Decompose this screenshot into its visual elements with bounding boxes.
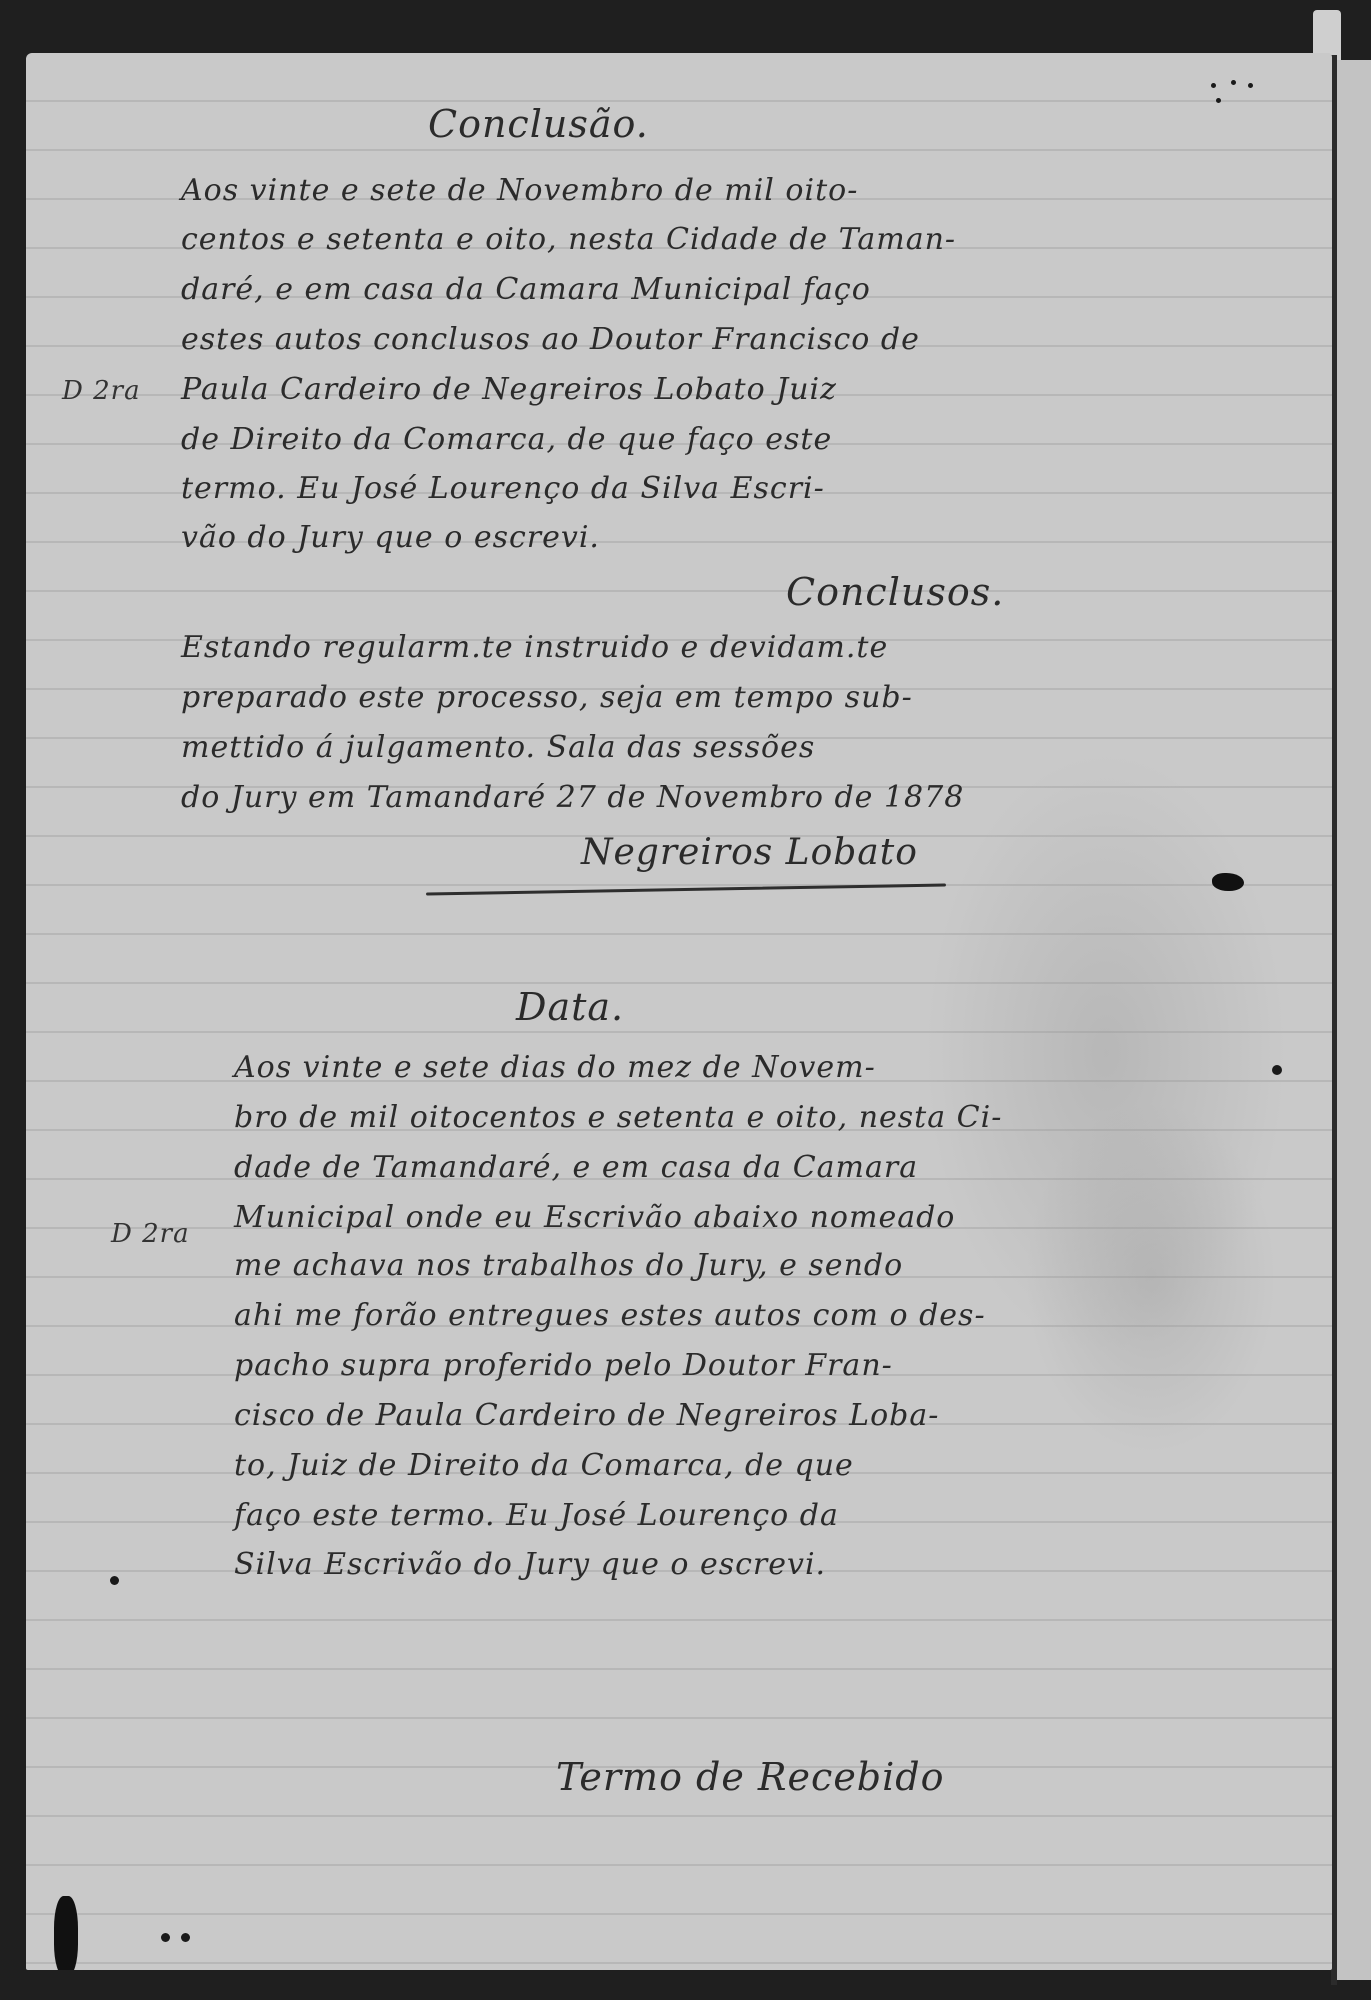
ink-speck [1216, 98, 1221, 103]
document-scan: Conclusão. D 2ra Aos vinte e sete de Nov… [0, 0, 1371, 2000]
ink-speck [110, 1576, 119, 1585]
text-line: estes autos conclusos ao Doutor Francisc… [181, 325, 920, 355]
text-line: Silva Escrivão do Jury que o escrevi. [234, 1550, 826, 1580]
water-stain [1026, 1103, 1276, 1453]
margin-note: D 2ra [111, 1221, 190, 1247]
ink-speck [181, 1933, 190, 1942]
document-page: Conclusão. D 2ra Aos vinte e sete de Nov… [26, 53, 1332, 1970]
text-line: do Jury em Tamandaré 27 de Novembro de 1… [181, 783, 964, 813]
text-line: bro de mil oitocentos e setenta e oito, … [234, 1103, 1002, 1133]
text-line: Aos vinte e sete dias do mez de Novem- [234, 1053, 876, 1083]
text-line: vão do Jury que o escrevi. [181, 523, 600, 553]
signature: Negreiros Lobato [581, 835, 918, 871]
section-heading-termo: Termo de Recebido [556, 1758, 944, 1796]
text-line: faço este termo. Eu José Lourenço da [234, 1501, 839, 1531]
text-line: Estando regularm.te instruido e devidam.… [181, 633, 888, 663]
ink-drip [54, 1896, 78, 1970]
text-line: mettido á julgamento. Sala das sessões [181, 733, 815, 763]
ink-speck [161, 1933, 170, 1942]
margin-note: D 2ra [62, 378, 141, 404]
section-heading-data: Data. [516, 988, 624, 1026]
text-line: de Direito da Comarca, de que faço este [181, 425, 832, 455]
text-line: cisco de Paula Cardeiro de Negreiros Lob… [234, 1401, 939, 1431]
signature-flourish [426, 883, 946, 895]
section-heading-conclusao: Conclusão. [428, 105, 649, 143]
section-heading-conclusos: Conclusos. [786, 573, 1004, 611]
text-line: Aos vinte e sete de Novembro de mil oito… [181, 176, 858, 206]
ink-speck [1272, 1065, 1282, 1075]
ink-speck [1231, 80, 1236, 85]
text-line: daré, e em casa da Camara Municipal faço [181, 275, 871, 305]
text-line: Municipal onde eu Escrivão abaixo nomead… [234, 1203, 955, 1233]
text-line: Paula Cardeiro de Negreiros Lobato Juiz [181, 375, 837, 405]
ink-speck [1248, 83, 1253, 88]
ink-speck [1211, 83, 1216, 88]
text-line: centos e setenta e oito, nesta Cidade de… [181, 225, 956, 255]
text-line: ahi me forão entregues estes autos com o… [234, 1301, 986, 1331]
next-page-edge [1337, 60, 1371, 1980]
text-line: dade de Tamandaré, e em casa da Camara [234, 1153, 918, 1183]
text-line: preparado este processo, seja em tempo s… [181, 683, 913, 713]
text-line: me achava nos trabalhos do Jury, e sendo [234, 1251, 903, 1281]
ink-blot [1212, 873, 1244, 891]
text-line: termo. Eu José Lourenço da Silva Escri- [181, 474, 825, 504]
text-line: pacho supra proferido pelo Doutor Fran- [234, 1351, 893, 1381]
text-line: to, Juiz de Direito da Comarca, de que [234, 1451, 854, 1481]
